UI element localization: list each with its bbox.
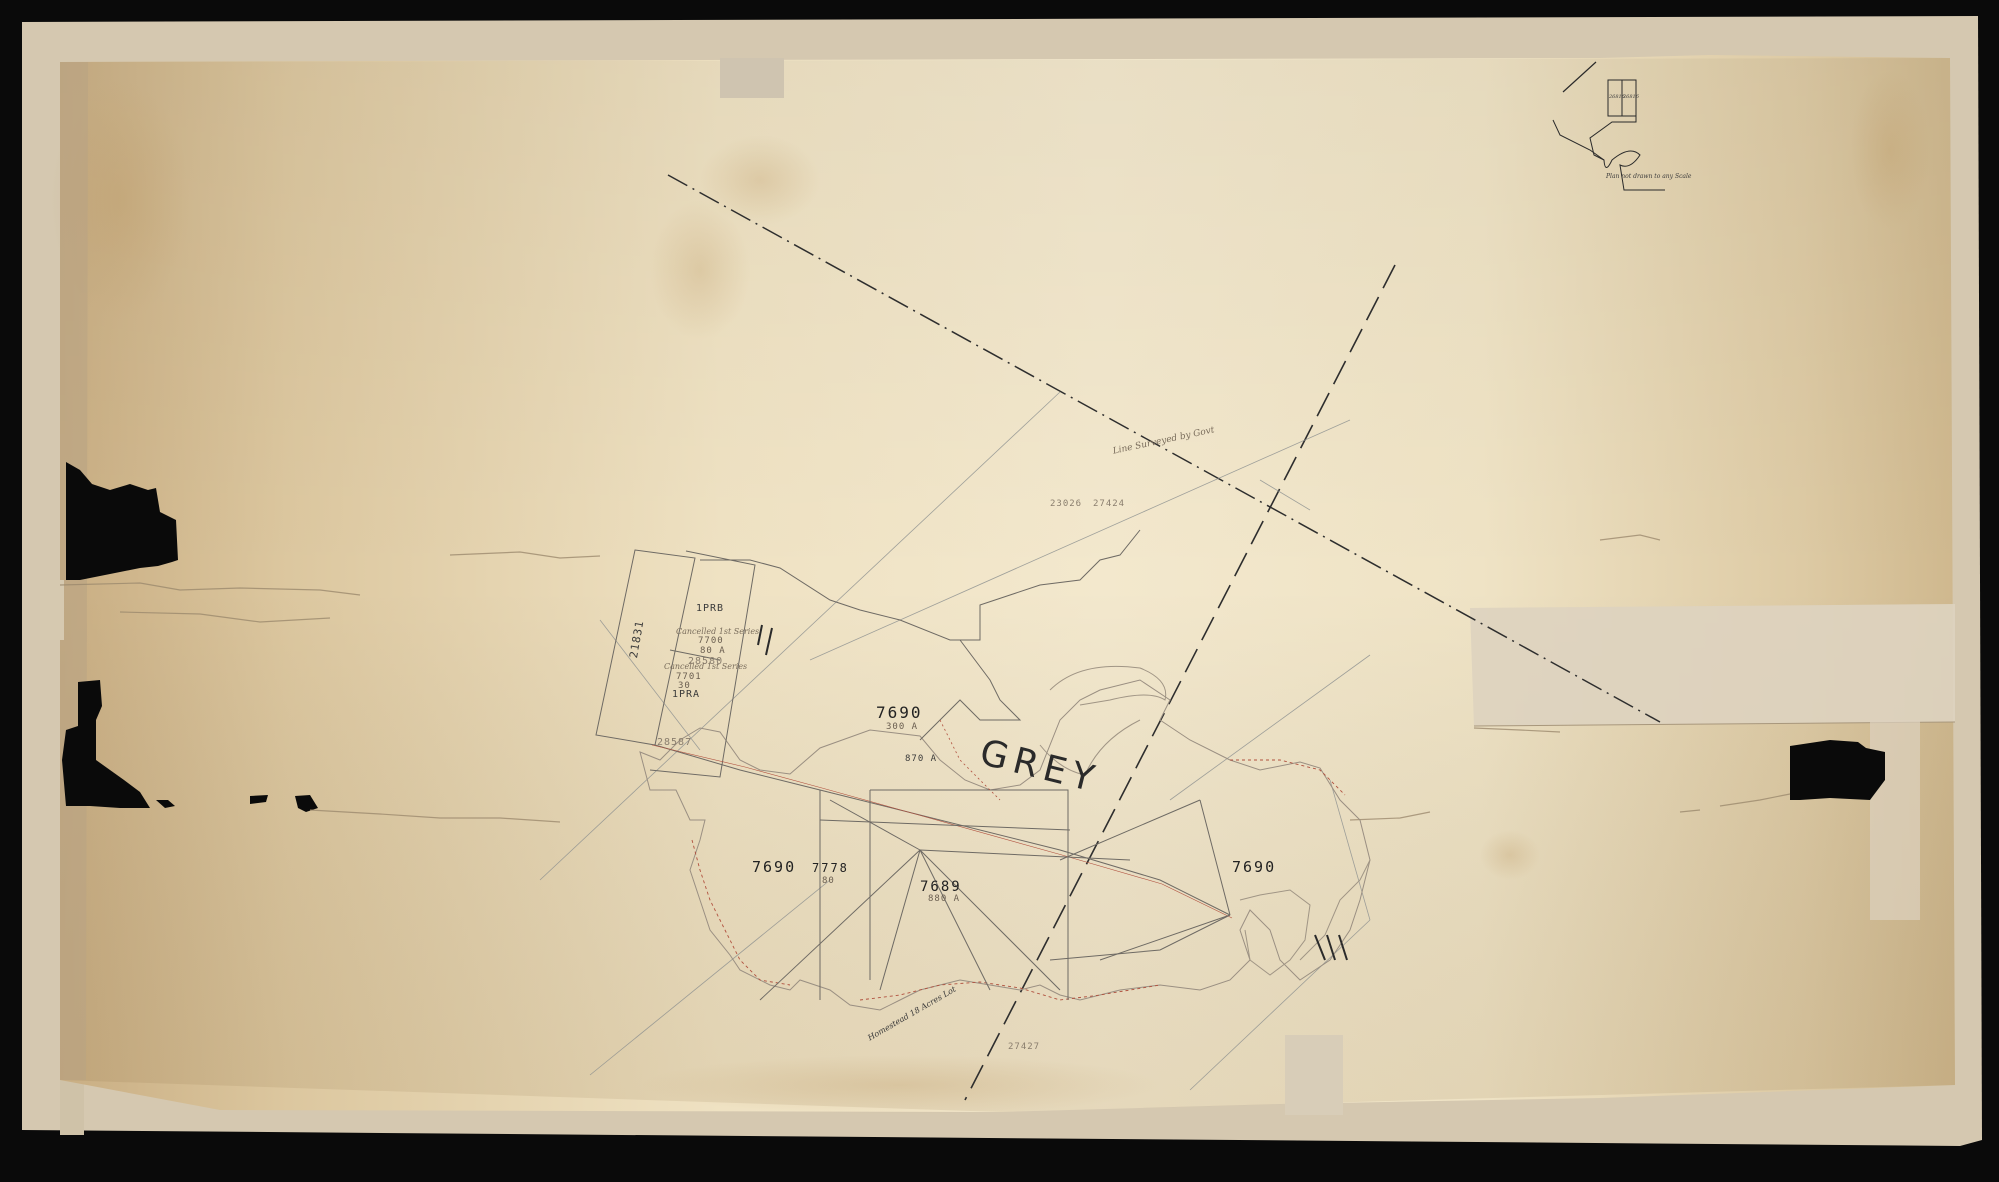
lot-7689: 7689 xyxy=(920,880,962,894)
parcel-870a: 870 A xyxy=(905,755,937,764)
parcel-1prb-note: Cancelled 1st Series xyxy=(676,628,759,636)
lot-7778: 7778 xyxy=(812,862,849,874)
paper-map xyxy=(50,55,1955,1115)
lot-7690-east: 7690 xyxy=(1232,860,1276,875)
survey-map-sheet: 7690 300 A GREY 7690 7778 80 7689 880 A … xyxy=(0,0,1999,1182)
lot-7689-area: 880 A xyxy=(928,895,960,904)
lot-7690-area: 300 A xyxy=(886,723,918,732)
faint-label-27427: 27427 xyxy=(1008,1043,1040,1052)
faint-label-23026: 23026 xyxy=(1050,500,1082,509)
inset-caption: Plan not drawn to any Scale xyxy=(1606,174,1691,180)
lot-7690-north: 7690 xyxy=(876,705,923,721)
parcel-1pra-note: Cancelled 1st Series xyxy=(664,663,747,671)
lot-7778-area: 80 xyxy=(822,877,835,886)
parcel-1prb-sub: 7700 xyxy=(698,637,724,646)
lot-7690-west: 7690 xyxy=(752,860,796,875)
parcel-1pra: 1PRA xyxy=(672,690,700,700)
map-canvas xyxy=(0,0,1999,1182)
inset-label-right: 26816 xyxy=(1623,95,1639,100)
parcel-28587: 28587 xyxy=(657,738,692,748)
faint-label-27424: 27424 xyxy=(1093,500,1125,509)
parcel-1prb: 1PRB xyxy=(696,604,724,614)
parcel-1prb-area: 80 A xyxy=(700,647,726,656)
